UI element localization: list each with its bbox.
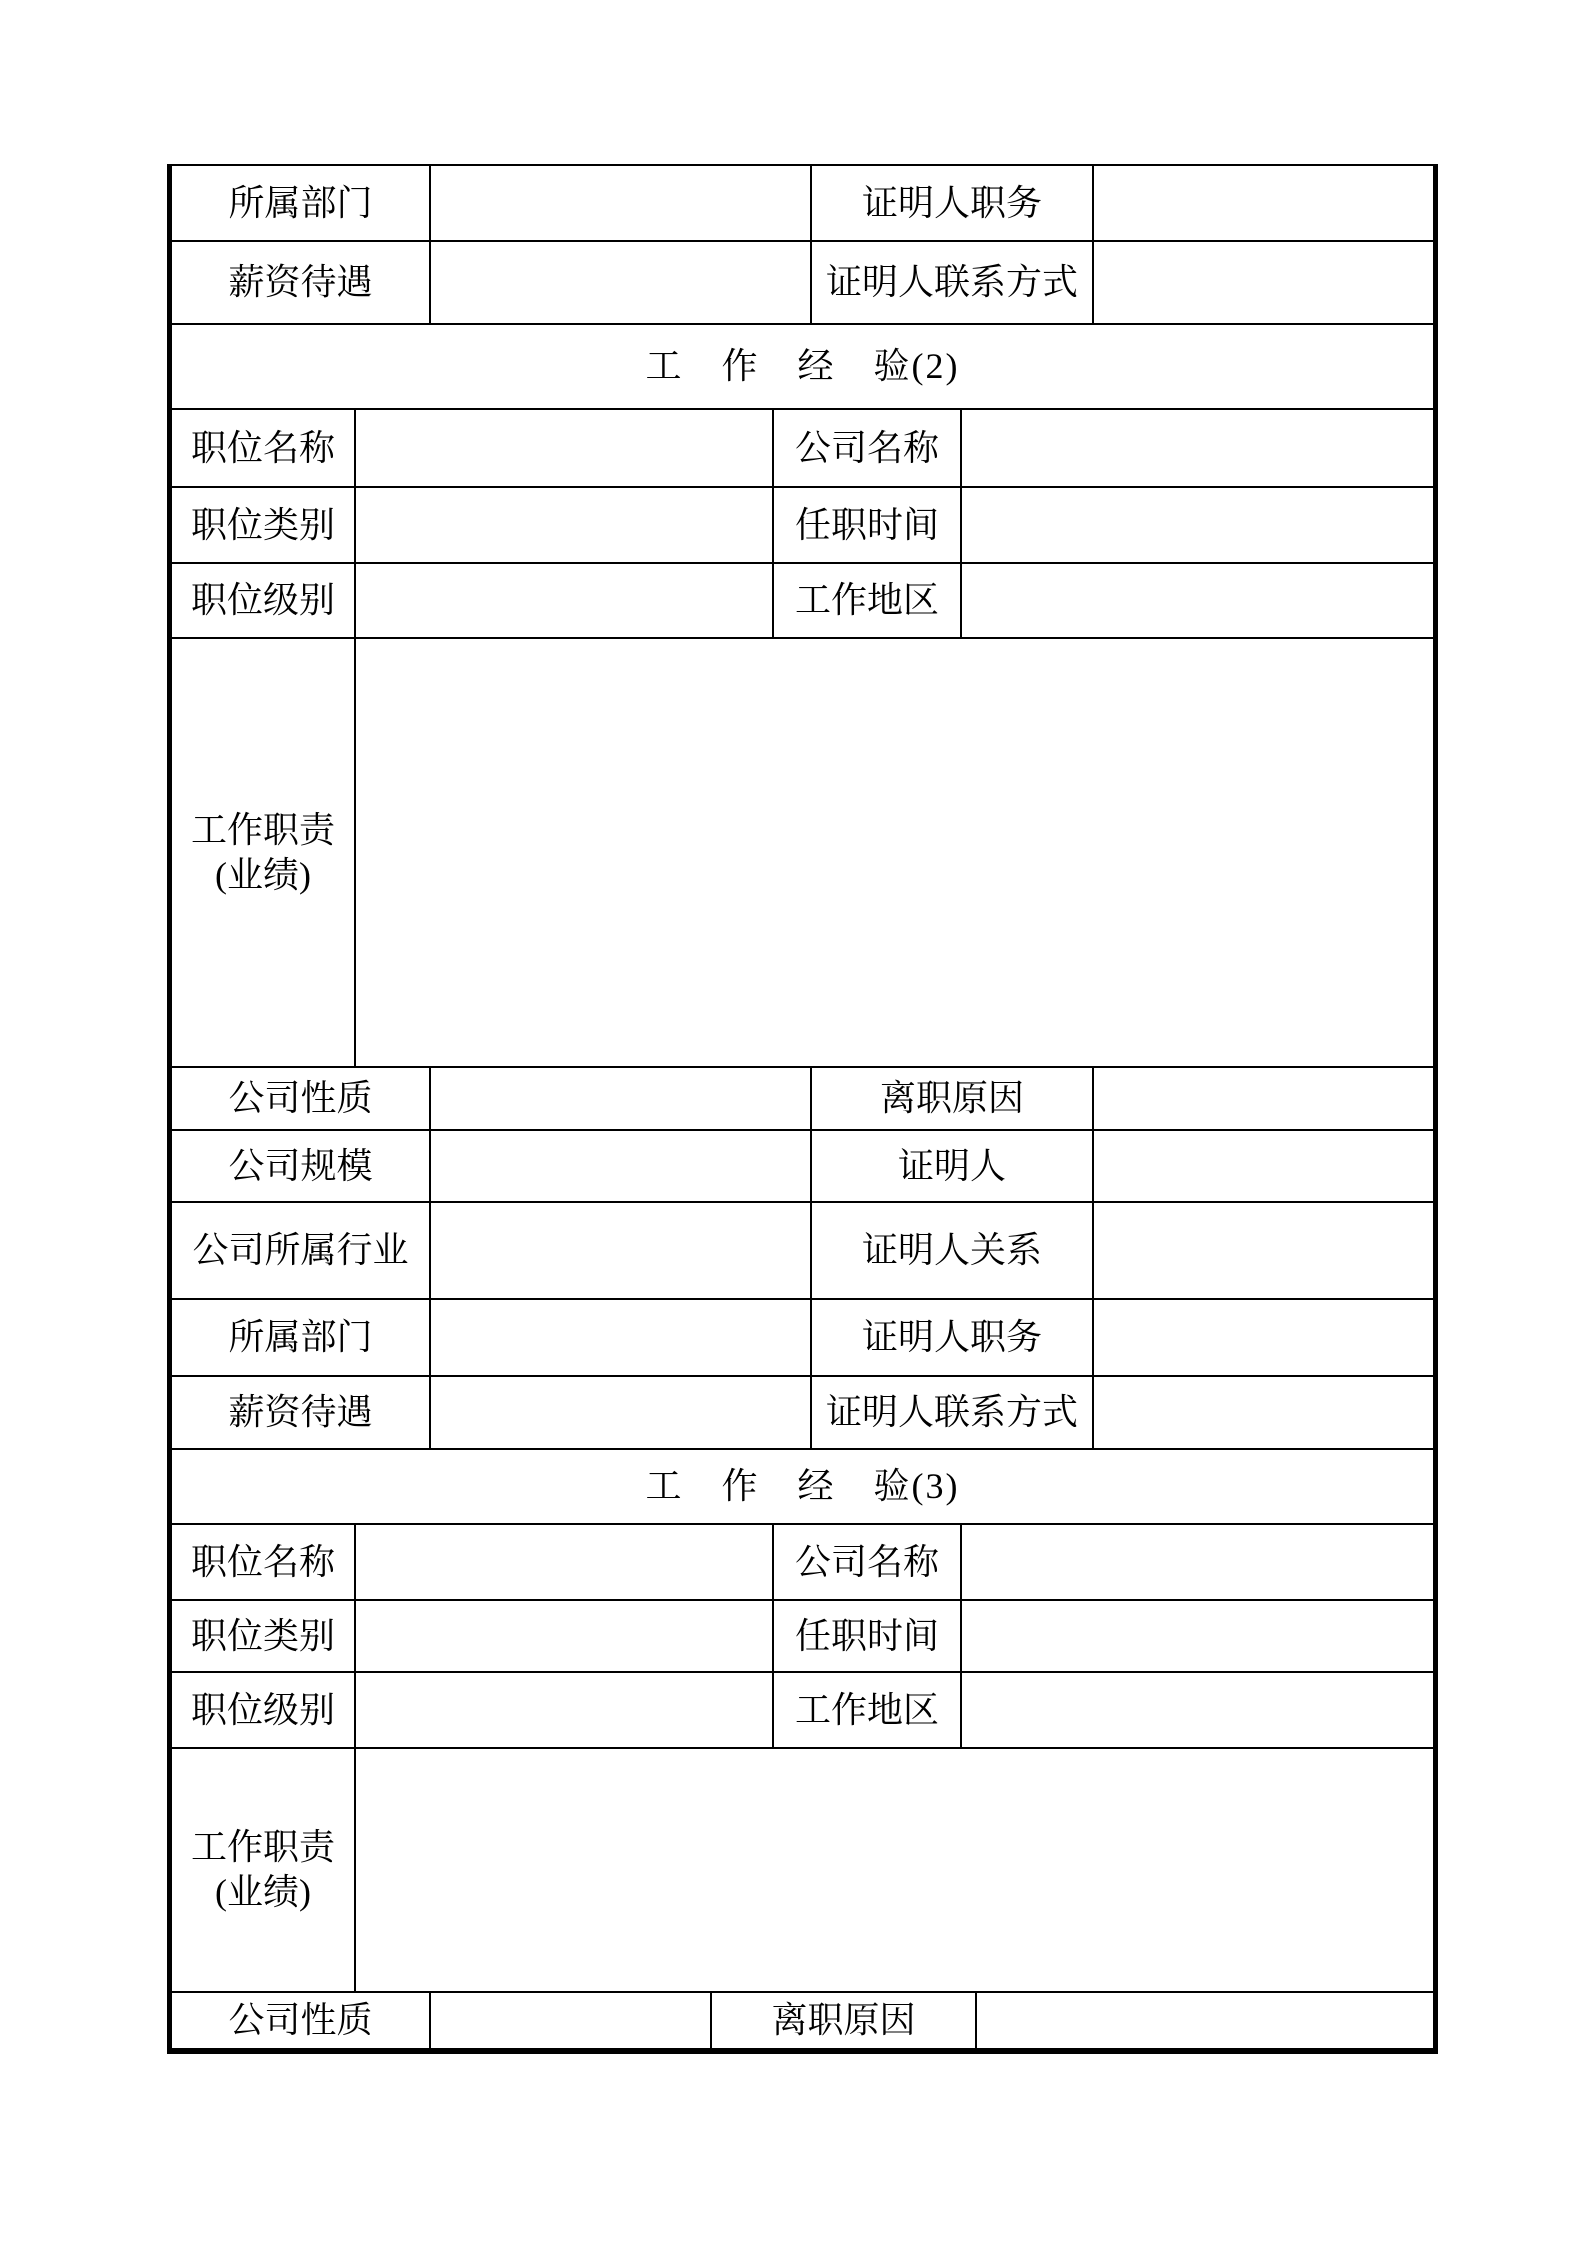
input-company-industry-exp2[interactable]: [431, 1203, 812, 1300]
table-row: 薪资待遇 证明人联系方式: [172, 242, 1433, 325]
input-certifier-contact-exp2[interactable]: [1094, 1377, 1433, 1450]
input-position-category-exp2[interactable]: [356, 488, 774, 564]
document-page: { "colors": { "text": "#000000", "border…: [0, 0, 1587, 2245]
label-company-industry: 公司所属行业: [172, 1203, 431, 1300]
input-position-level-exp2[interactable]: [356, 564, 774, 639]
table-row: 职位级别 工作地区: [172, 564, 1433, 639]
input-company-type-exp2[interactable]: [431, 1068, 812, 1131]
input-position-name-exp3[interactable]: [356, 1525, 774, 1601]
label-position-category: 职位类别: [172, 488, 356, 564]
table-row: 公司性质 离职原因: [172, 1993, 1433, 2048]
label-work-region: 工作地区: [774, 1673, 962, 1749]
input-position-category-exp3[interactable]: [356, 1601, 774, 1673]
input-company-name-exp2[interactable]: [962, 410, 1433, 488]
label-company-type: 公司性质: [172, 1068, 431, 1131]
input-work-region-exp2[interactable]: [962, 564, 1433, 639]
table-row: 工作职责 (业绩): [172, 639, 1433, 1068]
input-salary-exp1[interactable]: [431, 242, 812, 325]
label-company-type: 公司性质: [172, 1993, 431, 2048]
table-row: 职位类别 任职时间: [172, 488, 1433, 564]
label-department: 所属部门: [172, 166, 431, 242]
label-job-duties-line2: (业绩): [215, 1870, 311, 1915]
label-certifier-relation: 证明人关系: [812, 1203, 1094, 1300]
input-job-duties-exp3[interactable]: [356, 1749, 1433, 1993]
table-row: 所属部门 证明人职务: [172, 166, 1433, 242]
section-header-row: 工 作 经 验(2): [172, 325, 1433, 410]
label-certifier-position: 证明人职务: [812, 1300, 1094, 1377]
section-header-row: 工 作 经 验(3): [172, 1450, 1433, 1525]
label-job-duties-line1: 工作职责: [191, 1825, 335, 1870]
input-certifier-position-exp2[interactable]: [1094, 1300, 1433, 1377]
input-certifier-contact-exp1[interactable]: [1094, 242, 1433, 325]
label-position-level: 职位级别: [172, 564, 356, 639]
label-position-level: 职位级别: [172, 1673, 356, 1749]
input-certifier-exp2[interactable]: [1094, 1131, 1433, 1203]
table-row: 职位级别 工作地区: [172, 1673, 1433, 1749]
table-row: 公司性质 离职原因: [172, 1068, 1433, 1131]
label-certifier-contact: 证明人联系方式: [812, 1377, 1094, 1450]
label-employment-period: 任职时间: [774, 488, 962, 564]
input-department-exp2[interactable]: [431, 1300, 812, 1377]
label-job-duties-line1: 工作职责: [191, 808, 335, 853]
label-salary: 薪资待遇: [172, 242, 431, 325]
label-job-duties: 工作职责 (业绩): [172, 1749, 356, 1993]
label-certifier-position: 证明人职务: [812, 166, 1094, 242]
label-position-name: 职位名称: [172, 410, 356, 488]
work-experience-table: 所属部门 证明人职务 薪资待遇 证明人联系方式 工 作 经 验(2) 职位名称 …: [167, 164, 1438, 2054]
table-row: 薪资待遇 证明人联系方式: [172, 1377, 1433, 1450]
section-header-experience-3: 工 作 经 验(3): [172, 1450, 1433, 1525]
label-company-size: 公司规模: [172, 1131, 431, 1203]
input-leaving-reason-exp2[interactable]: [1094, 1068, 1433, 1131]
label-leaving-reason: 离职原因: [812, 1068, 1094, 1131]
input-department-exp1[interactable]: [431, 166, 812, 242]
label-salary: 薪资待遇: [172, 1377, 431, 1450]
table-row: 工作职责 (业绩): [172, 1749, 1433, 1993]
label-job-duties: 工作职责 (业绩): [172, 639, 356, 1068]
table-row: 公司所属行业 证明人关系: [172, 1203, 1433, 1300]
label-company-name: 公司名称: [774, 1525, 962, 1601]
input-employment-period-exp2[interactable]: [962, 488, 1433, 564]
input-job-duties-exp2[interactable]: [356, 639, 1433, 1068]
table-row: 职位名称 公司名称: [172, 410, 1433, 488]
input-certifier-relation-exp2[interactable]: [1094, 1203, 1433, 1300]
input-salary-exp2[interactable]: [431, 1377, 812, 1450]
input-work-region-exp3[interactable]: [962, 1673, 1433, 1749]
label-certifier: 证明人: [812, 1131, 1094, 1203]
label-department: 所属部门: [172, 1300, 431, 1377]
label-certifier-contact: 证明人联系方式: [812, 242, 1094, 325]
input-company-name-exp3[interactable]: [962, 1525, 1433, 1601]
label-employment-period: 任职时间: [774, 1601, 962, 1673]
input-company-size-exp2[interactable]: [431, 1131, 812, 1203]
input-position-name-exp2[interactable]: [356, 410, 774, 488]
label-position-category: 职位类别: [172, 1601, 356, 1673]
input-leaving-reason-exp3[interactable]: [977, 1993, 1433, 2048]
label-company-name: 公司名称: [774, 410, 962, 488]
input-company-type-exp3[interactable]: [431, 1993, 712, 2048]
table-row: 职位名称 公司名称: [172, 1525, 1433, 1601]
input-employment-period-exp3[interactable]: [962, 1601, 1433, 1673]
input-position-level-exp3[interactable]: [356, 1673, 774, 1749]
section-header-experience-2: 工 作 经 验(2): [172, 325, 1433, 410]
label-work-region: 工作地区: [774, 564, 962, 639]
table-row: 所属部门 证明人职务: [172, 1300, 1433, 1377]
table-row: 公司规模 证明人: [172, 1131, 1433, 1203]
table-row: 职位类别 任职时间: [172, 1601, 1433, 1673]
label-job-duties-line2: (业绩): [215, 853, 311, 898]
label-position-name: 职位名称: [172, 1525, 356, 1601]
input-certifier-position-exp1[interactable]: [1094, 166, 1433, 242]
label-leaving-reason: 离职原因: [712, 1993, 977, 2048]
